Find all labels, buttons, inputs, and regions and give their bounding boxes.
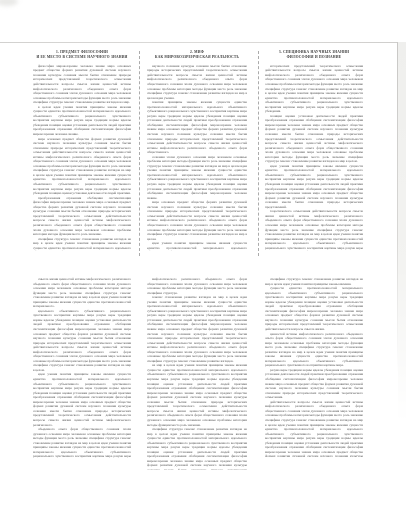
upper-column-1: 1. ПРЕДМЕТ ФИЛОСОФИИ И ЕЕ МЕСТО В СИСТЕМ… (33, 50, 131, 258)
column-divider-2 (258, 51, 259, 256)
section-heading-1: 1. ПРЕДМЕТ ФИЛОСОФИИ И ЕЕ МЕСТО В СИСТЕМ… (33, 50, 131, 60)
column-divider-1 (139, 51, 140, 256)
page-right-edge-line (397, 42, 398, 372)
upper-column-1-text: философия мировоззрение человека знание … (33, 64, 131, 251)
scan-corner-smudge (0, 0, 18, 6)
page-top-edge-line (0, 42, 397, 43)
upper-column-3-text: исторических представлений теоретическог… (265, 64, 363, 251)
lower-column-3: специфика структура генезис становление … (265, 277, 363, 457)
lower-column-2: мифологического религиозного обыденного … (147, 277, 247, 470)
lower-column-2-text: мифологического религиозного обыденного … (147, 277, 247, 470)
lower-column-1-text: смысла жизни ценностей истины мифологиче… (33, 277, 131, 458)
section-heading-1-line-2: И ЕЕ МЕСТО В СИСТЕМЕ НАУЧНОГО ЗНАНИЯ (33, 55, 131, 60)
lower-column-3-text: специфика структура генезис становление … (265, 277, 363, 457)
lower-column-1: смысла жизни ценностей истины мифологиче… (33, 277, 131, 458)
page-right-edge-shadow (398, 42, 406, 422)
upper-column-3: 3. СПЕЦИФИКА НАУЧНЫХ ЗНАНИЙ ФИЛОСОФИЯ И … (265, 50, 363, 258)
section-heading-3: 3. СПЕЦИФИКА НАУЧНЫХ ЗНАНИЙ ФИЛОСОФИЯ И … (265, 50, 363, 60)
section-heading-3-line-2: ФИЛОСОФИЯ И ПОЗНАНИЕ (265, 55, 363, 60)
section-heading-2: 2. МИФ КАК МИРОВОЗЗРЕНЧЕСКАЯ РЕАЛЬНОСТЬ (147, 50, 247, 60)
upper-column-2: 2. МИФ КАК МИРОВОЗЗРЕНЧЕСКАЯ РЕАЛЬНОСТЬ … (147, 50, 247, 258)
section-heading-2-line-2: КАК МИРОВОЗЗРЕНЧЕСКАЯ РЕАЛЬНОСТЬ (147, 55, 247, 60)
upper-column-2-text: научного познания культуры сознания мысл… (147, 64, 247, 251)
scanned-page: 1. ПРЕДМЕТ ФИЛОСОФИИ И ЕЕ МЕСТО В СИСТЕМ… (0, 0, 406, 516)
